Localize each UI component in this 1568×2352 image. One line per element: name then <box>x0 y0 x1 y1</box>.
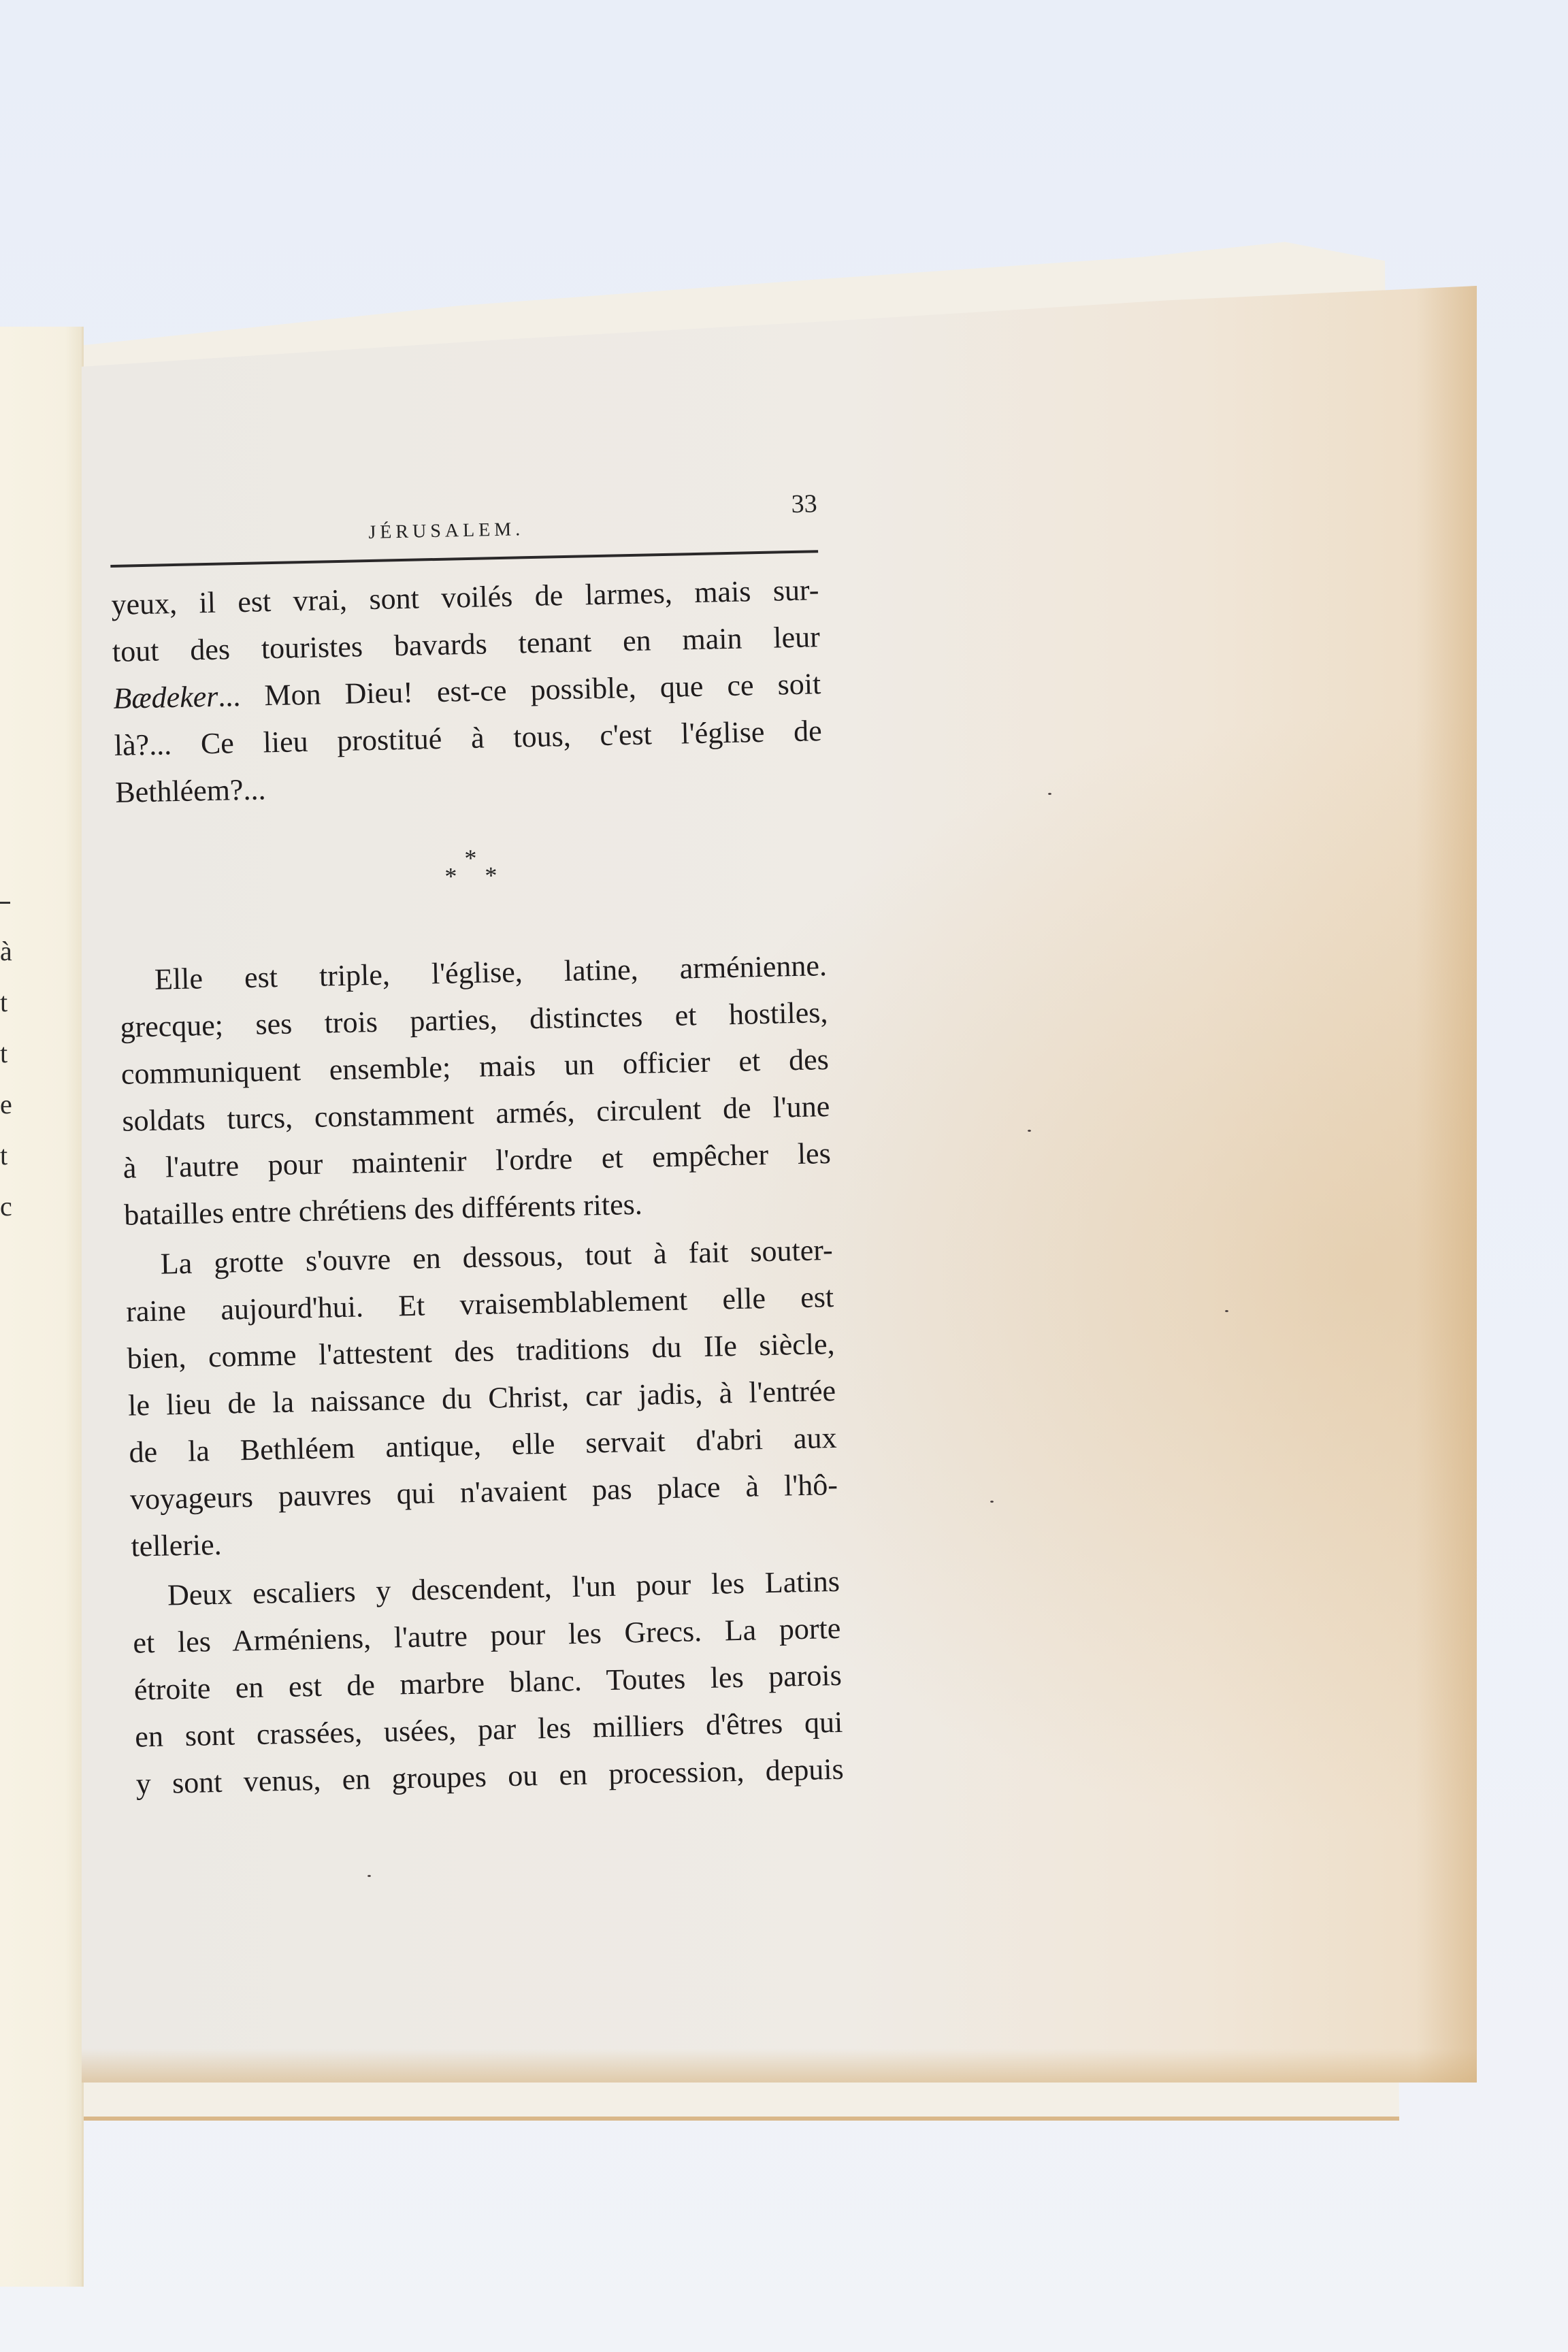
facing-page-edge: à t t e t c <box>0 327 84 2287</box>
facing-fragment: t <box>0 1028 11 1079</box>
paragraph: Elle est triple, l'église, latine, armén… <box>118 942 832 1239</box>
facing-fragment: c <box>0 1181 11 1232</box>
edge-foxing-right <box>1416 286 1477 2082</box>
paragraph-continued: yeux, il est vrai, sont voilés de larmes… <box>111 566 823 816</box>
paragraph: Deux escaliers y descendent, l'un pour l… <box>131 1558 844 1808</box>
edge-foxing-bottom <box>82 2048 1477 2082</box>
paper-speck <box>367 1875 371 1877</box>
page-number: 33 <box>791 489 817 519</box>
asterism-section-break: * * * <box>116 842 825 892</box>
running-head: JÉRUSALEM. 33 <box>109 475 818 565</box>
facing-page-rule <box>0 902 10 904</box>
page-text-block: JÉRUSALEM. 33 yeux, il est vrai, sont vo… <box>109 475 844 1807</box>
facing-fragment: e <box>0 1079 11 1130</box>
running-head-title: JÉRUSALEM. <box>368 519 524 544</box>
paper-speck <box>1048 793 1051 795</box>
paragraph: La grotte s'ouvre en dessous, tout à fai… <box>125 1226 839 1570</box>
facing-fragment: t <box>0 977 11 1028</box>
facing-fragment: à <box>0 926 11 977</box>
italic-book-title: Bædeker <box>113 680 218 715</box>
facing-page-text-fragments: à t t e t c <box>0 926 11 1232</box>
paper-speck <box>1028 1130 1031 1132</box>
paper-speck <box>1225 1310 1228 1312</box>
paper-speck <box>990 1501 994 1503</box>
facing-fragment: t <box>0 1130 11 1181</box>
